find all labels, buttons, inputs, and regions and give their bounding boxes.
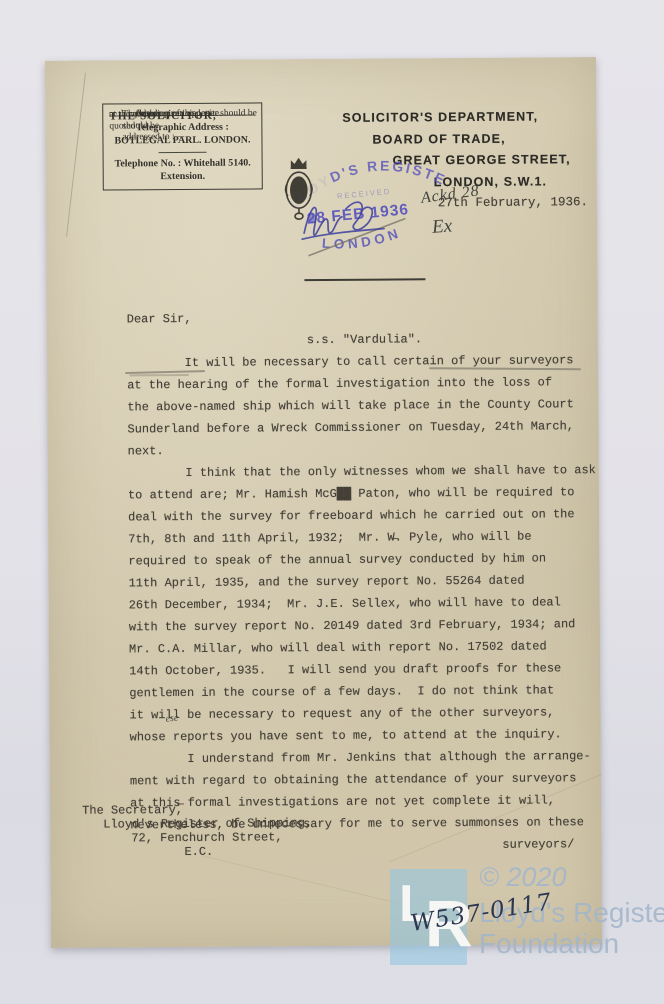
body-line: the above-named ship which will take pla… — [127, 393, 595, 418]
catchword: surveyors/ — [502, 837, 574, 852]
body-line: s.s. "Vardulia". — [127, 327, 595, 352]
body-line: gentlemen in the course of a few days. I… — [129, 679, 597, 704]
pencil-correction: ese — [165, 712, 179, 724]
body-line: Dear Sir, — [127, 305, 595, 330]
body-line: I understand from Mr. Jenkins that altho… — [130, 745, 598, 770]
body-line: it will be necessary to request any of t… — [129, 701, 597, 726]
letter-sheet: Any further communication should be addr… — [45, 57, 602, 948]
body-line: whose reports you have sent to me, to at… — [130, 723, 598, 748]
initials-annotation: Ex — [431, 215, 453, 238]
recipient-line: The Secretary, — [82, 804, 183, 818]
body-line: next. — [128, 437, 596, 462]
body-line: at this̶ formal investigations are not y… — [130, 789, 598, 814]
recipient-line: 72, Fenchurch Street, — [131, 831, 282, 846]
body-line: 11th April, 1935, and the survey report … — [128, 569, 596, 594]
body-line: ment with regard to obtaining the attend… — [130, 767, 598, 792]
body-line: at the hearing of the formal investigati… — [127, 371, 595, 396]
body-line: 7th, 8th and 11th April, 1932; Mr. W̶. P… — [128, 525, 596, 550]
letterhead-line: SOLICITOR'S DEPARTMENT, — [342, 109, 538, 124]
telephone-extension: Extension. — [108, 169, 258, 183]
body-line: I think that the only witnesses whom we … — [128, 459, 596, 484]
body-line: with the survey report No. 20149 dated 3… — [129, 613, 597, 638]
body-line: Mr. C.A. Millar, who will deal with repo… — [129, 635, 597, 660]
body-line: deal with the survey for freeboard which… — [128, 503, 596, 528]
notice-box: Any further communication should be addr… — [102, 102, 263, 190]
body-line: Sunderland before a Wreck Commissioner o… — [127, 415, 595, 440]
notice-heading-note: The heading of this letter should be quo… — [109, 108, 261, 132]
telephone-number: Telephone No. : Whitehall 5140. — [108, 156, 258, 170]
body-line: to attend are; Mr. Hamish McG██ Paton, w… — [128, 481, 596, 506]
body-line: 26th December, 1934; Mr. J.E. Sellex, wh… — [129, 591, 597, 616]
recipient-line: E.C. — [184, 846, 213, 860]
body-line: required to speak of the annual survey c… — [128, 547, 596, 572]
paper-crease — [66, 73, 86, 237]
letter-body: Dear Sir, s.s. "Vardulia". It will be ne… — [126, 239, 598, 836]
paper-crease — [203, 856, 398, 904]
body-line: 14th October, 1935. I will send you draf… — [129, 657, 597, 682]
